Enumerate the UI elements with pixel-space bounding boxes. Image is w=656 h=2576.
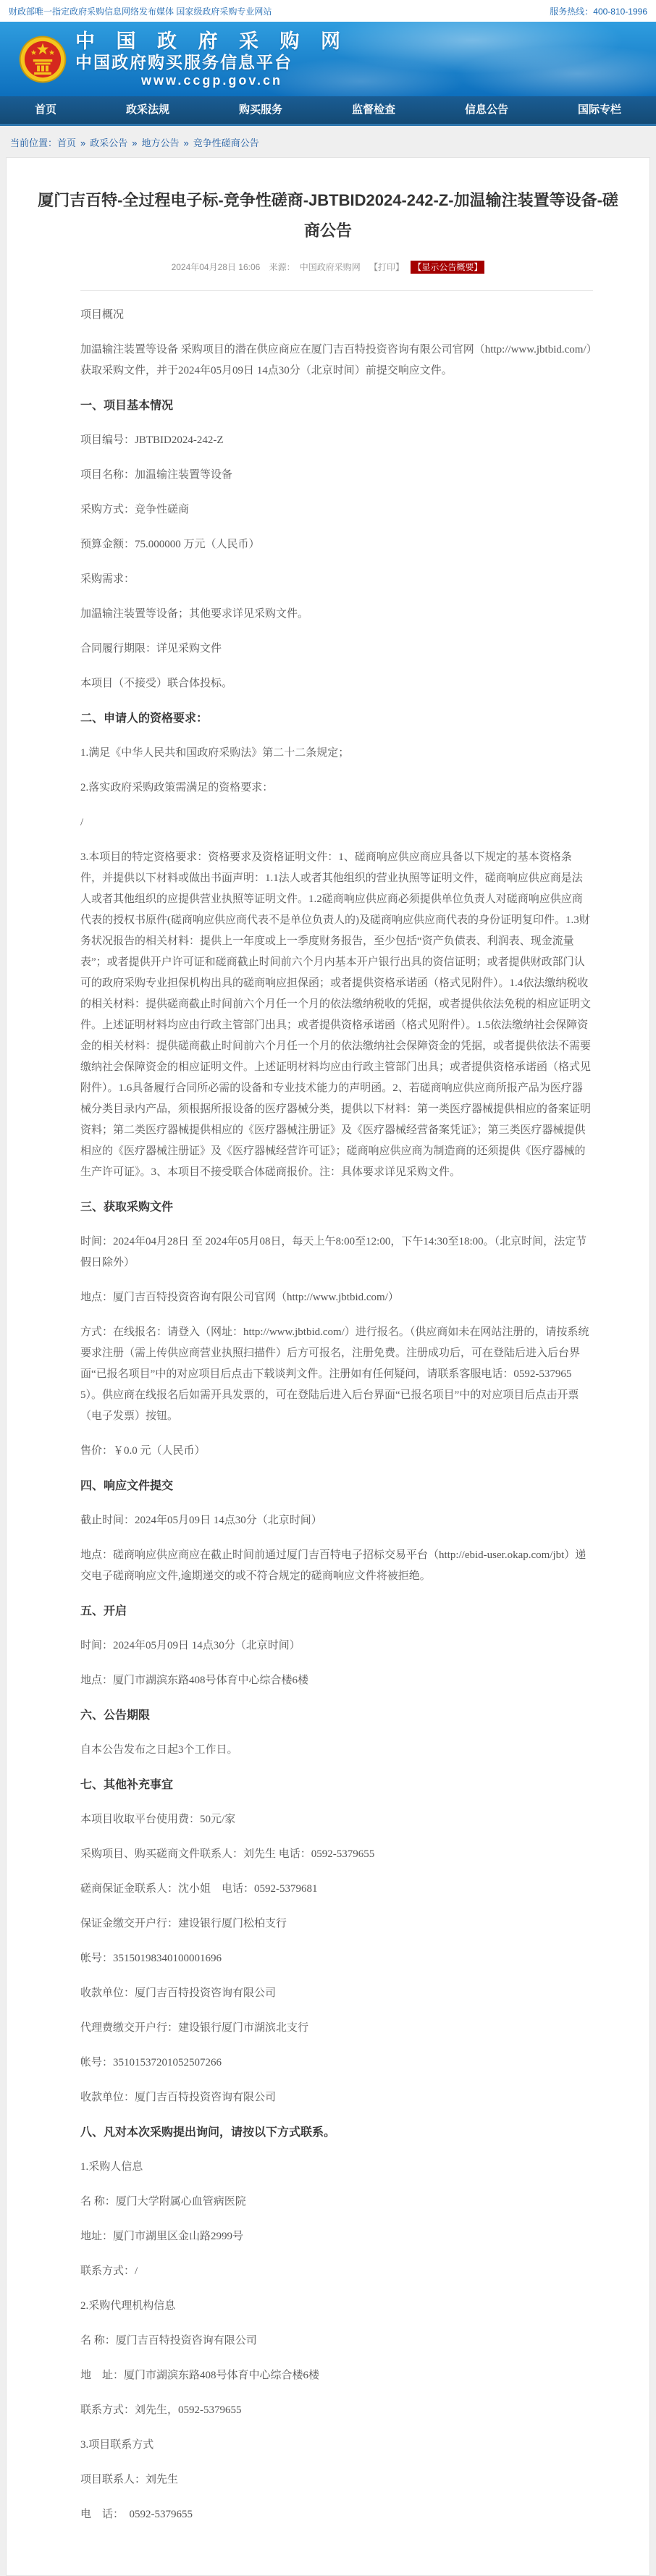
article-paragraph: 合同履行期限：详见采购文件 [80,639,593,660]
article-paragraph: 帐号：35101537201052507266 [80,2053,593,2074]
article-paragraph: 截止时间：2024年05月09日 14点30分（北京时间） [80,1510,593,1531]
breadcrumb-procurement-notices[interactable]: 政采公告 [90,138,127,148]
article-paragraph: 采购需求： [80,569,593,590]
section-heading: 六、公告期限 [80,1705,593,1726]
site-slogan: 财政部唯一指定政府采购信息网络发布媒体 国家级政府采购专业网站 [9,5,272,17]
article-paragraph: 方式：在线报名：请登入（网址：http://www.jbtbid.com/）进行… [80,1322,593,1427]
article-paragraph: 售价：￥0.0 元（人民币） [80,1441,593,1462]
article-paragraph: / [80,812,593,833]
section-heading: 五、开启 [80,1601,593,1622]
site-subtitle: 中国政府购买服务信息平台 [75,52,348,72]
page-title: 厦门吉百特-全过程电子标-竞争性磋商-JBTBID2024-242-Z-加温输注… [33,185,623,246]
nav-item-regulations[interactable]: 政采法规 [113,96,182,124]
article-paragraph: 磋商保证金联系人：沈小姐 电话：0592-5379681 [80,1879,593,1900]
hotline-number: 400-810-1996 [593,7,647,17]
banner-text: 中 国 政 府 采 购 网 中国政府购买服务信息平台 www.ccgp.gov.… [75,30,348,88]
article-paragraph: 3.项目联系方式 [80,2435,593,2456]
article-paragraph: 2.落实政府采购政策需满足的资格要求： [80,778,593,799]
article-paragraph: 1.采购人信息 [80,2157,593,2178]
article-paragraph: 联系方式：/ [80,2261,593,2282]
article-paragraph: 地点：磋商响应供应商应在截止时间前通过厦门吉百特电子招标交易平台（http://… [80,1545,593,1587]
article-paragraph: 名 称：厦门吉百特投资咨询有限公司 [80,2331,593,2352]
article-paragraph: 收款单位：厦门吉百特投资咨询有限公司 [80,2087,593,2108]
section-heading: 八、凡对本次采购提出询问，请按以下方式联系。 [80,2122,593,2143]
breadcrumb-competitive-consultation[interactable]: 竞争性磋商公告 [193,138,259,148]
section-heading: 三、获取采购文件 [80,1197,593,1218]
article-paragraph: 电 话： 0592-5379655 [80,2504,593,2525]
article-paragraph: 采购方式：竞争性磋商 [80,500,593,521]
print-button[interactable]: 【打印】 [369,262,404,272]
article-paragraph: 时间：2024年04月28日 至 2024年05月08日，每天上午8:00至12… [80,1232,593,1274]
section-heading: 七、其他补充事宜 [80,1775,593,1796]
article-body: 项目概况加温输注装置等设备 采购项目的潜在供应商应在厦门吉百特投资咨询有限公司官… [7,305,649,2525]
article-paragraph: 项目概况 [80,305,593,326]
article-paragraph: 预算金额：75.000000 万元（人民币） [80,534,593,555]
article-paragraph: 项目编号：JBTBID2024-242-Z [80,430,593,451]
article-paragraph: 本项目收取平台使用费：50元/家 [80,1809,593,1830]
publish-date: 2024年04月28日 16:06 [172,262,261,272]
article-paragraph: 项目名称：加温输注装置等设备 [80,465,593,486]
article-paragraph: 本项目（不接受）联合体投标。 [80,673,593,694]
source: 来源：中国政府采购网 [267,262,363,272]
nav-item-purchase-services[interactable]: 购买服务 [226,96,295,124]
breadcrumb: 当前位置：首页»政采公告»地方公告»竞争性磋商公告 [0,126,656,157]
breadcrumb-local-notices[interactable]: 地方公告 [142,138,180,148]
article-paragraph: 地点：厦门吉百特投资咨询有限公司官网（http://www.jbtbid.com… [80,1287,593,1308]
article-paragraph: 名 称：厦门大学附属心血管病医院 [80,2192,593,2213]
article-paragraph: 帐号：35150198340100001696 [80,1948,593,1969]
nav-item-supervision[interactable]: 监督检查 [339,96,408,124]
article-paragraph: 采购项目、购买磋商文件联系人：刘先生 电话：0592-5379655 [80,1844,593,1865]
site-banner: 中 国 政 府 采 购 网 中国政府购买服务信息平台 www.ccgp.gov.… [0,22,656,96]
main-nav: 首页 政采法规 购买服务 监督检查 信息公告 国际专栏 [0,96,656,126]
article-paragraph: 1.满足《中华人民共和国政府采购法》第二十二条规定； [80,743,593,764]
breadcrumb-home[interactable]: 首页 [57,138,76,148]
article-paragraph: 时间：2024年05月09日 14点30分（北京时间） [80,1636,593,1657]
top-utility-bar: 财政部唯一指定政府采购信息网络发布媒体 国家级政府采购专业网站 服务热线：400… [0,0,656,22]
article-paragraph: 收款单位：厦门吉百特投资咨询有限公司 [80,1983,593,2004]
article-paragraph: 2.采购代理机构信息 [80,2296,593,2317]
section-heading: 二、申请人的资格要求： [80,708,593,729]
announcement-card: 厦门吉百特-全过程电子标-竞争性磋商-JBTBID2024-242-Z-加温输注… [6,157,650,2576]
breadcrumb-label: 当前位置： [10,138,57,148]
title-divider [80,290,593,291]
section-heading: 一、项目基本情况 [80,395,593,416]
breadcrumb-separator: » [132,138,137,148]
article-paragraph: 代理费缴交开户行：建设银行厦门市湖滨北支行 [80,2018,593,2039]
article-paragraph: 自本公告发布之日起3个工作日。 [80,1740,593,1761]
article-paragraph: 地 址：厦门市湖滨东路408号体育中心综合楼6楼 [80,2365,593,2386]
show-summary-button[interactable]: 【显示公告概要】 [411,261,484,274]
breadcrumb-separator: » [184,138,189,148]
article-paragraph: 项目联系人：刘先生 [80,2470,593,2491]
article-paragraph: 地址：厦门市湖里区金山路2999号 [80,2226,593,2247]
national-emblem-icon [19,35,67,83]
article-paragraph: 加温输注装置等设备；其他要求详见采购文件。 [80,604,593,625]
source-label: 来源： [269,262,295,272]
breadcrumb-separator: » [80,138,85,148]
section-heading: 四、响应文件提交 [80,1476,593,1497]
site-url: www.ccgp.gov.cn [75,72,348,88]
article-meta: 2024年04月28日 16:06 来源：中国政府采购网 【打印】 【显示公告概… [7,261,649,273]
site-name: 中 国 政 府 采 购 网 [75,30,348,52]
source-name: 中国政府采购网 [300,262,361,272]
nav-item-international[interactable]: 国际专栏 [565,96,634,124]
article-paragraph: 加温输注装置等设备 采购项目的潜在供应商应在厦门吉百特投资咨询有限公司官网（ht… [80,340,593,382]
service-hotline: 服务热线：400-810-1996 [550,5,647,17]
article-paragraph: 联系方式：刘先生，0592-5379655 [80,2400,593,2421]
nav-item-home[interactable]: 首页 [22,96,70,124]
nav-item-announcements[interactable]: 信息公告 [452,96,521,124]
article-paragraph: 3.本项目的特定资格要求：资格要求及资格证明文件：1、磋商响应供应商应具备以下规… [80,847,593,1183]
article-paragraph: 地点：厦门市湖滨东路408号体育中心综合楼6楼 [80,1670,593,1691]
hotline-label: 服务热线： [550,7,593,17]
article-paragraph: 保证金缴交开户行：建设银行厦门松柏支行 [80,1914,593,1935]
